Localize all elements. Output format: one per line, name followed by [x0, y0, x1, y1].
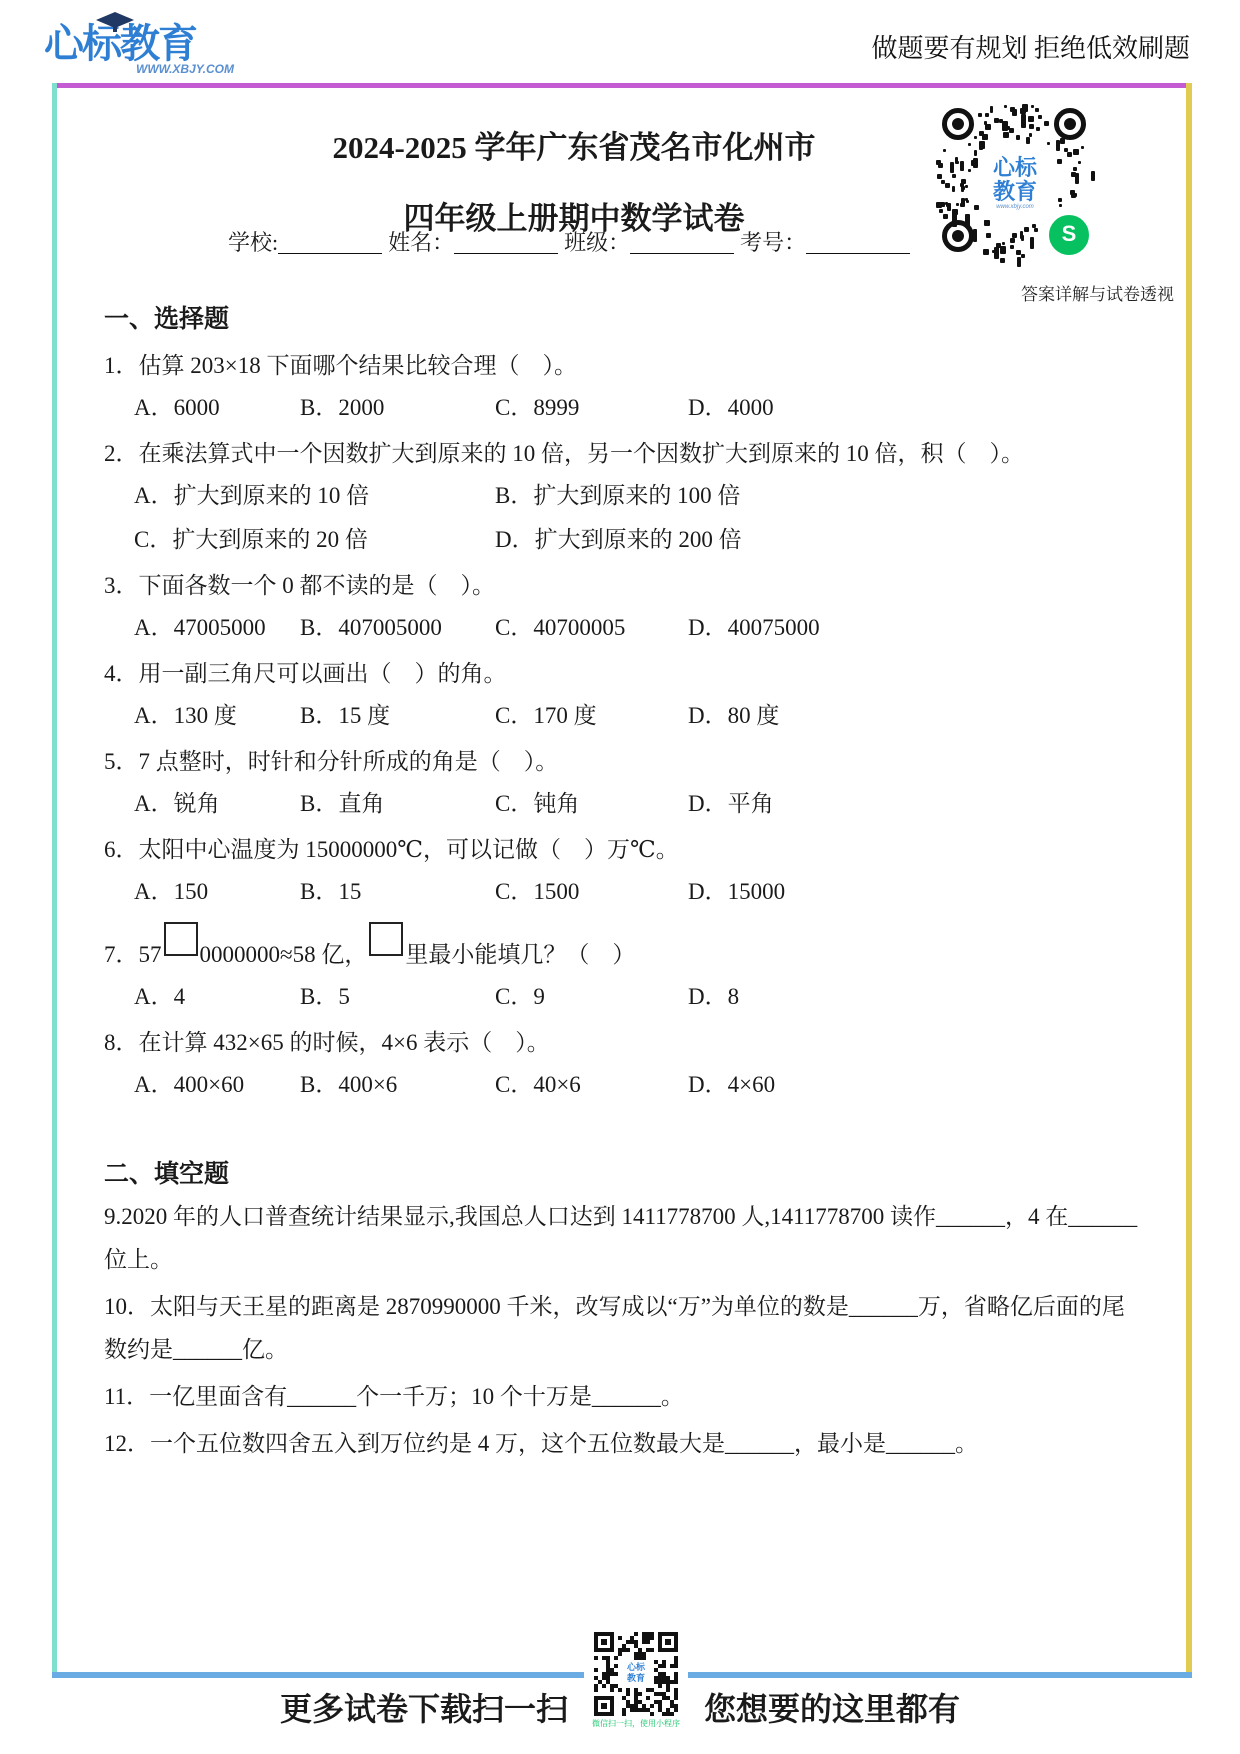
frame-right-border [1186, 83, 1192, 1675]
qr-finder-icon [658, 1632, 678, 1652]
options-row-8: A．400×60 B．400×6 C．40×6 D．4×60 [134, 1069, 1144, 1101]
qr-finder-icon [594, 1632, 614, 1652]
question-stem-6: 6．太阳中心温度为 15000000℃，可以记做（ ）万℃。 [104, 834, 1144, 866]
option: A．锐角 [134, 788, 300, 820]
footer: 更多试卷下载扫一扫 心标教育 微信扫一扫，使用小程序 您想要的这里都有 [0, 1632, 1240, 1730]
option: A．4 [134, 981, 300, 1013]
option: D．40075000 [688, 612, 1144, 644]
question-fill-9: 9.2020 年的人口普查统计结果显示,我国总人口达到 1411778700 人… [104, 1195, 1144, 1281]
option: A．400×60 [134, 1069, 300, 1101]
question-stem-3: 3．下面各数一个 0 都不读的是（ ）。 [104, 570, 1144, 602]
graduation-cap-icon [96, 12, 134, 39]
option: C．170 度 [495, 700, 688, 732]
option: A．扩大到原来的 10 倍 [134, 480, 495, 512]
options-row-4: A．130 度 B．15 度 C．170 度 D．80 度 [134, 700, 1144, 732]
blank-box [164, 922, 198, 956]
option: B．扩大到原来的 100 倍 [495, 480, 1144, 512]
options-row-6: A．150 B．15 C．1500 D．15000 [134, 876, 1144, 908]
question-fill-11: 11．一亿里面含有______个一千万；10 个十万是______。 [104, 1375, 1144, 1418]
question-fill-12: 12．一个五位数四舍五入到万位约是 4 万，这个五位数最大是______，最小是… [104, 1422, 1144, 1465]
qr-center-logo: 心标 教育 www.xbjy.com [974, 142, 1056, 224]
wechat-miniprogram-icon: S [1046, 212, 1092, 258]
name-blank [454, 229, 558, 254]
question-stem-5: 5．7 点整时，时针和分针所成的角是（ ）。 [104, 746, 1144, 778]
option: D．4000 [688, 392, 1144, 424]
answer-qr-code: 心标 教育 www.xbjy.com S [928, 98, 1100, 270]
option: A．6000 [134, 392, 300, 424]
option: B．400×6 [300, 1069, 495, 1101]
option: B．5 [300, 981, 495, 1013]
options-row-1: A．6000 B．2000 C．8999 D．4000 [134, 392, 1144, 424]
option: D．80 度 [688, 700, 1144, 732]
option: C．钝角 [495, 788, 688, 820]
student-info-row: 学校:姓名：班级：考号： [228, 226, 916, 257]
blank-box [369, 922, 403, 956]
section-heading-fill: 二、填空题 [104, 1157, 1144, 1191]
question-stem-2: 2．在乘法算式中一个因数扩大到原来的 10 倍，另一个因数扩大到原来的 10 倍… [104, 438, 1144, 470]
question-stem-4: 4．用一副三角尺可以画出（ ）的角。 [104, 658, 1144, 690]
qr-center-logo: 心标教育 [620, 1662, 652, 1686]
xinbiao-education-logo: 心标教育 WWW.XBJY.COM [44, 18, 234, 80]
option: B．407005000 [300, 612, 495, 644]
exam-no-label: 考号： [740, 230, 806, 255]
option: C．扩大到原来的 20 倍 [134, 524, 495, 556]
question-fill-10: 10．太阳与天王星的距离是 2870990000 千米，改写成以“万”为单位的数… [104, 1285, 1144, 1371]
option: A．130 度 [134, 700, 300, 732]
question-stem-7: 7．570000000≈58 亿，里最小能填几？（ ） [104, 922, 1144, 971]
name-label: 姓名： [388, 230, 454, 255]
option: D．8 [688, 981, 1144, 1013]
qr-finder-icon [1054, 108, 1086, 140]
option: D．4×60 [688, 1069, 1144, 1101]
download-qr-code: 心标教育 [594, 1632, 678, 1716]
option: C．8999 [495, 392, 688, 424]
class-label: 班级： [564, 230, 630, 255]
frame-left-border [52, 83, 57, 1675]
frame-top-border [52, 83, 1192, 88]
question-stem-1: 1．估算 203×18 下面哪个结果比较合理（ ）。 [104, 350, 1144, 382]
exam-paper-page: 心标教育 WWW.XBJY.COM 做题要有规划 拒绝低效刷题 2024-202… [0, 0, 1240, 1754]
option: A．150 [134, 876, 300, 908]
option: B．2000 [300, 392, 495, 424]
option: A．47005000 [134, 612, 300, 644]
option: C．1500 [495, 876, 688, 908]
header-tagline: 做题要有规划 拒绝低效刷题 [871, 28, 1190, 65]
qr-finder-icon [942, 108, 974, 140]
footer-right-text: 您想要的这里都有 [704, 1684, 960, 1730]
option: C．40×6 [495, 1069, 688, 1101]
school-blank [278, 229, 382, 254]
option: C．9 [495, 981, 688, 1013]
option: D．扩大到原来的 200 倍 [495, 524, 1144, 556]
question-stem-8: 8．在计算 432×65 的时候，4×6 表示（ ）。 [104, 1027, 1144, 1059]
options-row-7: A．4 B．5 C．9 D．8 [134, 981, 1144, 1013]
option: D．平角 [688, 788, 1144, 820]
exam-no-blank [806, 229, 910, 254]
school-label: 学校: [228, 230, 278, 255]
options-row-5: A．锐角 B．直角 C．钝角 D．平角 [134, 788, 1144, 820]
class-blank [630, 229, 734, 254]
footer-left-text: 更多试卷下载扫一扫 [280, 1684, 568, 1730]
option: B．15 度 [300, 700, 495, 732]
option: D．15000 [688, 876, 1144, 908]
option: B．直角 [300, 788, 495, 820]
exam-title-line1: 2024-2025 学年广东省茂名市化州市 [104, 122, 1044, 167]
option: C．40700005 [495, 612, 688, 644]
qr-finder-icon [594, 1696, 614, 1716]
title-block: 2024-2025 学年广东省茂名市化州市 四年级上册期中数学试卷 [104, 122, 1044, 238]
options-row-3: A．47005000 B．407005000 C．40700005 D．4007… [134, 612, 1144, 644]
qr-scan-caption: 微信扫一扫，使用小程序 [588, 1718, 684, 1729]
download-qr-wrap: 心标教育 微信扫一扫，使用小程序 [584, 1632, 688, 1729]
questions-area: 一、选择题 1．估算 203×18 下面哪个结果比较合理（ ）。 A．6000 … [104, 302, 1144, 1465]
option: B．15 [300, 876, 495, 908]
section-heading-choice: 一、选择题 [104, 302, 1144, 336]
logo-url: WWW.XBJY.COM [136, 62, 234, 76]
options-row-2: A．扩大到原来的 10 倍 B．扩大到原来的 100 倍 C．扩大到原来的 20… [134, 480, 1144, 556]
